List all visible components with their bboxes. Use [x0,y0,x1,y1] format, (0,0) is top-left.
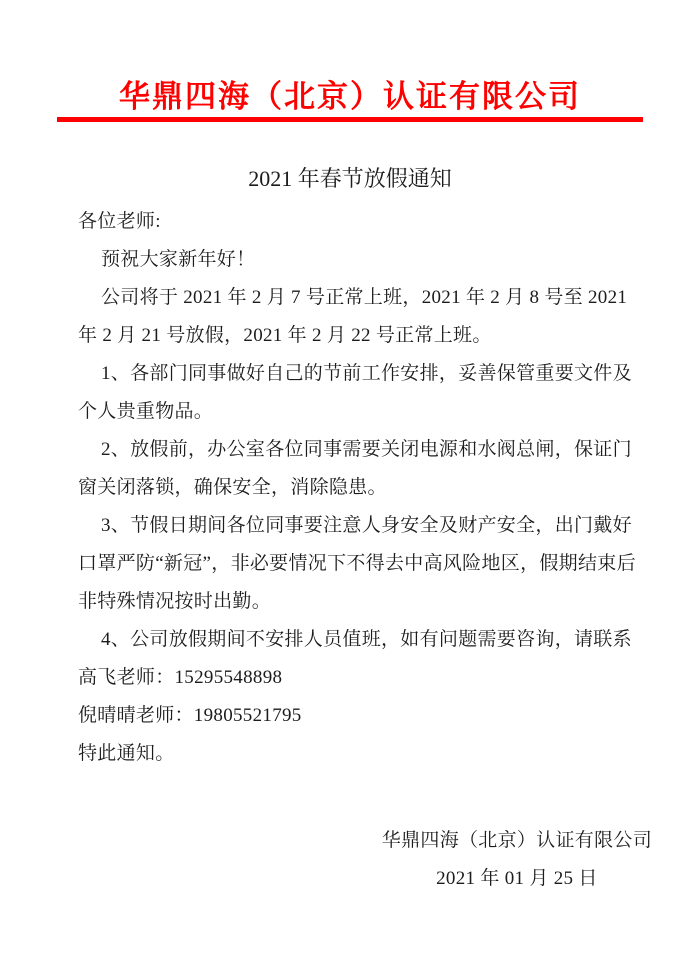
signature-block: 华鼎四海（北京）认证有限公司 2021 年 01 月 25 日 [382,822,652,898]
notice-title: 2021 年春节放假通知 [57,163,643,194]
contact-line-gaofei: 高飞老师：15295548898 [78,659,622,697]
paragraph-line: 公司将于 2021 年 2 月 7 号正常上班，2021 年 2 月 8 号至 … [78,279,622,317]
paragraph-line: 个人贵重物品。 [78,393,622,431]
paragraph-line: 口罩严防“新冠”，非必要情况下不得去中高风险地区，假期结束后 [78,545,622,583]
notice-body: 各位老师: 预祝大家新年好！ 公司将于 2021 年 2 月 7 号正常上班，2… [57,203,643,773]
paragraph-line: 预祝大家新年好！ [78,241,622,279]
paragraph-line: 1、各部门同事做好自己的节前工作安排，妥善保管重要文件及 [78,355,622,393]
signature-company: 华鼎四海（北京）认证有限公司 [382,822,652,860]
paragraph-line: 非特殊情况按时出勤。 [78,583,622,621]
paragraph-line: 2、放假前，办公室各位同事需要关闭电源和水阀总闸，保证门 [78,431,622,469]
company-letterhead: 华鼎四海（北京）认证有限公司 [57,80,643,122]
contact-line-niqingqing: 倪晴晴老师：19805521795 [78,697,622,735]
paragraph-line: 窗关闭落锁，确保安全，消除隐患。 [78,469,622,507]
signature-date: 2021 年 01 月 25 日 [382,860,652,898]
paragraph-line: 3、节假日期间各位同事要注意人身安全及财产安全，出门戴好 [78,507,622,545]
paragraph-line: 年 2 月 21 号放假，2021 年 2 月 22 号正常上班。 [78,317,622,355]
closing-remark: 特此通知。 [78,735,622,773]
document-page: 华鼎四海（北京）认证有限公司 2021 年春节放假通知 各位老师: 预祝大家新年… [0,0,700,980]
salutation: 各位老师: [78,203,622,241]
paragraph-line: 4、公司放假期间不安排人员值班，如有问题需要咨询，请联系 [78,621,622,659]
